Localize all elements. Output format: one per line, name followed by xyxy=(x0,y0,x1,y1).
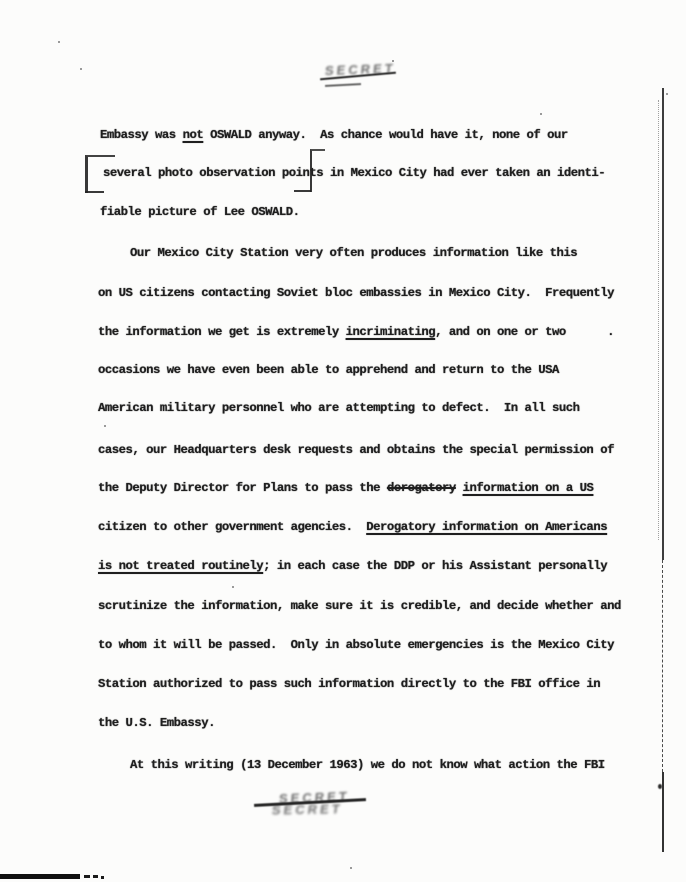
line-text: Station authorized to pass such informat… xyxy=(98,677,600,691)
line-text: the Deputy Director for Plans to pass th… xyxy=(98,481,387,495)
text-line: American military personnel who are atte… xyxy=(98,401,580,415)
line-text: on US citizens contacting Soviet bloc em… xyxy=(98,286,614,300)
text-line: Embassy was not OSWALD anyway. As chance… xyxy=(100,128,568,142)
page-edge-line xyxy=(662,88,664,560)
line-text: fiable picture of Lee OSWALD. xyxy=(100,205,300,219)
text-line: the information we get is extremely incr… xyxy=(98,325,614,339)
noise-speck xyxy=(540,113,542,115)
text-line: the U.S. Embassy. xyxy=(98,716,215,730)
page-edge-mark xyxy=(658,784,662,789)
text-line: At this writing (13 December 1963) we do… xyxy=(130,758,605,772)
line-text: the information we get is extremely xyxy=(98,325,346,339)
noise-speck xyxy=(58,41,60,43)
noise-speck xyxy=(80,68,82,70)
noise-speck xyxy=(232,586,234,588)
text-line: citizen to other government agencies. De… xyxy=(98,520,607,534)
underlined-text: information on a US xyxy=(463,481,594,495)
underlined-text: is not treated routinely xyxy=(98,559,263,573)
line-text: occasions we have even been able to appr… xyxy=(98,363,559,377)
bottom-edge-mark xyxy=(101,876,104,879)
line-text xyxy=(456,481,463,495)
bottom-edge-mark xyxy=(93,875,98,878)
scanned-document-page: SECRET Embassy was not OSWALD anyway. As… xyxy=(0,0,686,882)
right-bracket-mark xyxy=(294,190,311,192)
underlined-text: incriminating xyxy=(346,325,435,339)
page-edge-line xyxy=(658,100,659,540)
left-bracket-mark xyxy=(85,191,104,193)
page-edge-line xyxy=(662,560,663,772)
line-text: cases, our Headquarters desk requests an… xyxy=(98,443,614,457)
text-line: several photo observation points in Mexi… xyxy=(103,166,605,180)
line-text: several photo observation points in Mexi… xyxy=(103,166,605,180)
struck-text: derogatory xyxy=(387,481,456,495)
underlined-text: Derogatory information on Americans xyxy=(366,520,607,534)
right-bracket-mark xyxy=(310,149,325,192)
line-text: to whom it will be passed. Only in absol… xyxy=(98,638,614,652)
line-text: scrutinize the information, make sure it… xyxy=(98,599,621,613)
noise-speck xyxy=(104,425,106,427)
bottom-edge-mark xyxy=(0,874,80,879)
line-text: OSWALD anyway. As chance would have it, … xyxy=(203,128,568,142)
text-line: fiable picture of Lee OSWALD. xyxy=(100,205,300,219)
text-line: Our Mexico City Station very often produ… xyxy=(130,246,577,260)
line-text: citizen to other government agencies. xyxy=(98,520,366,534)
noise-speck xyxy=(392,60,394,62)
line-text: ; in each case the DDP or his Assistant … xyxy=(263,559,607,573)
line-text: the U.S. Embassy. xyxy=(98,716,215,730)
text-line: cases, our Headquarters desk requests an… xyxy=(98,443,614,457)
line-text: At this writing (13 December 1963) we do… xyxy=(130,758,605,772)
text-line: Station authorized to pass such informat… xyxy=(98,677,600,691)
text-line: occasions we have even been able to appr… xyxy=(98,363,559,377)
text-line: scrutinize the information, make sure it… xyxy=(98,599,621,613)
page-edge-line xyxy=(662,772,664,852)
text-line: on US citizens contacting Soviet bloc em… xyxy=(98,286,614,300)
underlined-text: not xyxy=(183,128,204,142)
bottom-edge-mark xyxy=(84,875,90,878)
noise-speck xyxy=(666,93,668,95)
line-text: American military personnel who are atte… xyxy=(98,401,580,415)
line-text: Embassy was xyxy=(100,128,183,142)
text-line: is not treated routinely; in each case t… xyxy=(98,559,607,573)
line-text: Our Mexico City Station very often produ… xyxy=(130,246,577,260)
text-line: to whom it will be passed. Only in absol… xyxy=(98,638,614,652)
strike-line xyxy=(325,83,361,86)
noise-speck xyxy=(350,867,352,869)
line-text: , and on one or two . xyxy=(435,325,614,339)
text-line: the Deputy Director for Plans to pass th… xyxy=(98,481,593,495)
left-bracket-mark xyxy=(85,155,115,193)
